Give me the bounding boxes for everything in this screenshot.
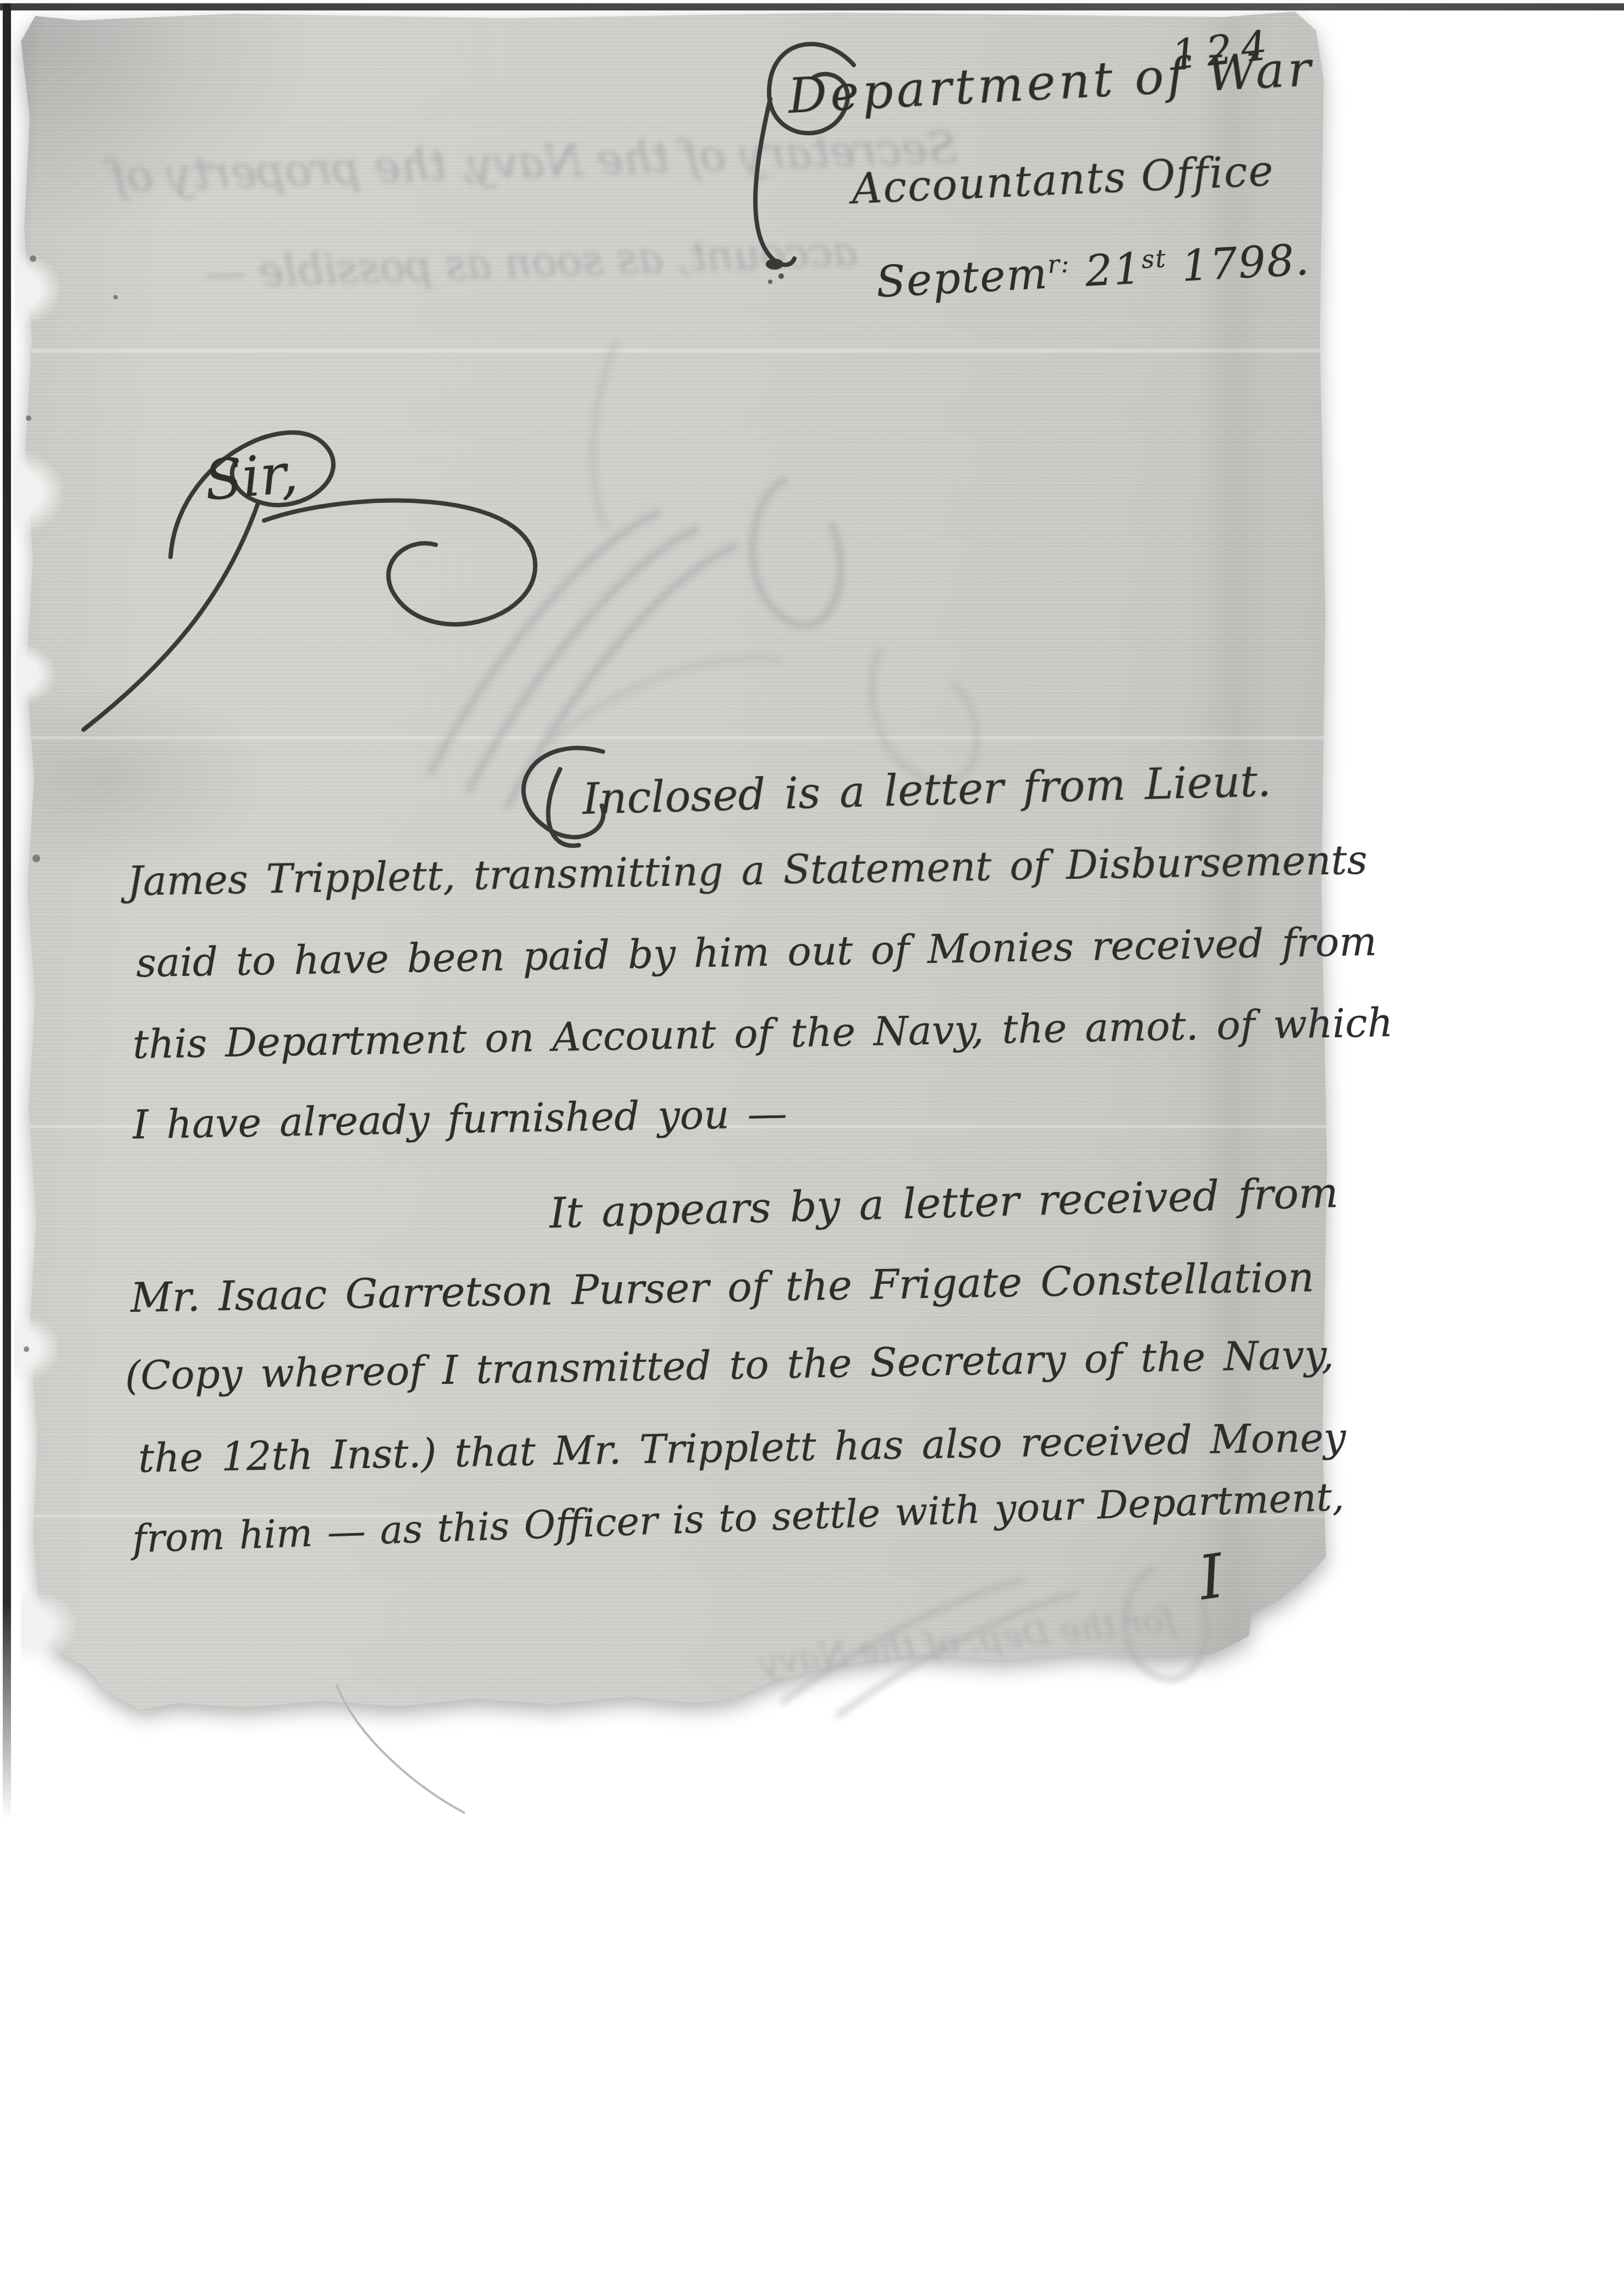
stray-fiber — [337, 1685, 465, 1813]
date-year: 1798. — [1166, 235, 1311, 292]
salutation: Sir, — [202, 441, 300, 513]
edge-specks — [24, 255, 118, 1352]
scanned-letter-page: Secretary of the Navy, the property of a… — [0, 0, 1624, 2294]
bleedthrough-flourish — [429, 341, 977, 809]
date-superscript-r: r: — [1047, 249, 1071, 279]
sir-flourish — [84, 432, 535, 730]
bleedthrough-flourish-bottom — [781, 1568, 1206, 1717]
date-day: 21 — [1069, 244, 1144, 297]
date-superscript-st: st — [1141, 244, 1167, 274]
ink-blot — [766, 259, 784, 284]
flourish-layer — [0, 0, 1624, 2294]
date-prefix: Septem — [875, 249, 1049, 307]
